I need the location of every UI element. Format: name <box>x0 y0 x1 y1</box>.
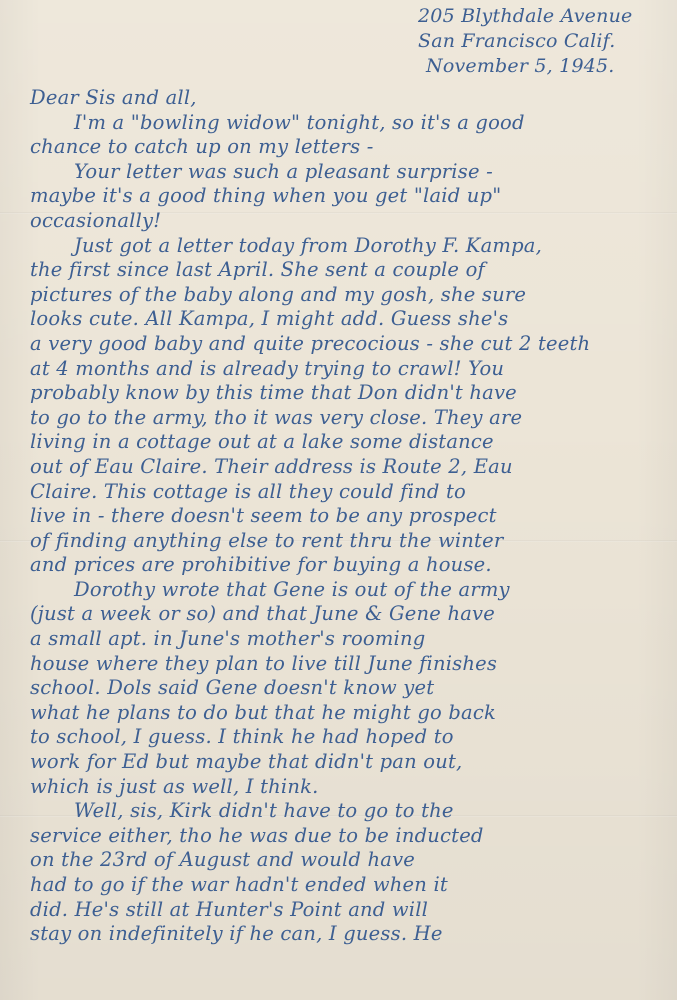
letter-heading: 205 Blythdale Avenue San Francisco Calif… <box>418 4 673 79</box>
letter-line: a very good baby and quite precocious - … <box>30 332 670 357</box>
letter-line: a small apt. in June's mother's rooming <box>30 627 670 652</box>
letter-line: had to go if the war hadn't ended when i… <box>30 873 670 898</box>
letter-line: work for Ed but maybe that didn't pan ou… <box>30 750 670 775</box>
address-line-1: 205 Blythdale Avenue <box>418 4 673 29</box>
letter-line: probably know by this time that Don didn… <box>30 381 670 406</box>
letter-line: house where they plan to live till June … <box>30 652 670 677</box>
letter-line: out of Eau Claire. Their address is Rout… <box>30 455 670 480</box>
letter-line: (just a week or so) and that June & Gene… <box>30 602 670 627</box>
letter-line: to school, I guess. I think he had hoped… <box>30 725 670 750</box>
letter-date: November 5, 1945. <box>426 54 673 79</box>
salutation: Dear Sis and all, <box>30 86 670 111</box>
letter-line: Dorothy wrote that Gene is out of the ar… <box>30 578 670 603</box>
letter-line: maybe it's a good thing when you get "la… <box>30 184 670 209</box>
letter-line: school. Dols said Gene doesn't know yet <box>30 676 670 701</box>
letter-line: on the 23rd of August and would have <box>30 848 670 873</box>
letter-body: Dear Sis and all, I'm a "bowling widow" … <box>30 86 670 947</box>
letter-line: pictures of the baby along and my gosh, … <box>30 283 670 308</box>
letter-line: live in - there doesn't seem to be any p… <box>30 504 670 529</box>
letter-line: Your letter was such a pleasant surprise… <box>30 160 670 185</box>
letter-line: to go to the army, tho it was very close… <box>30 406 670 431</box>
letter-line: at 4 months and is already trying to cra… <box>30 357 670 382</box>
letter-line: looks cute. All Kampa, I might add. Gues… <box>30 307 670 332</box>
letter-line: which is just as well, I think. <box>30 775 670 800</box>
letter-line: the first since last April. She sent a c… <box>30 258 670 283</box>
letter-line: what he plans to do but that he might go… <box>30 701 670 726</box>
letter-line: stay on indefinitely if he can, I guess.… <box>30 922 670 947</box>
address-line-2: San Francisco Calif. <box>418 29 673 54</box>
letter-line: Claire. This cottage is all they could f… <box>30 480 670 505</box>
letter-line: occasionally! <box>30 209 670 234</box>
letter-line: Well, sis, Kirk didn't have to go to the <box>30 799 670 824</box>
letter-line: I'm a "bowling widow" tonight, so it's a… <box>30 111 670 136</box>
letter-line: of finding anything else to rent thru th… <box>30 529 670 554</box>
letter-line: did. He's still at Hunter's Point and wi… <box>30 898 670 923</box>
letter-line: service either, tho he was due to be ind… <box>30 824 670 849</box>
letter-line: Just got a letter today from Dorothy F. … <box>30 234 670 259</box>
letter-line: living in a cottage out at a lake some d… <box>30 430 670 455</box>
letter-line: chance to catch up on my letters - <box>30 135 670 160</box>
letter-page: 205 Blythdale Avenue San Francisco Calif… <box>0 0 677 1000</box>
letter-line: and prices are prohibitive for buying a … <box>30 553 670 578</box>
